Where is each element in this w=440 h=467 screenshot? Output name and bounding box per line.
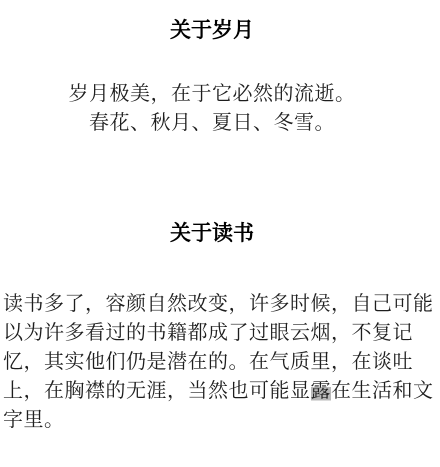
reading-paragraph: 读书多了，容颜自然改变，许多时候，自己可能 以为许多看过的书籍都成了过眼云烟，不…	[0, 290, 439, 435]
reading-paragraph-line: 读书多了，容颜自然改变，许多时候，自己可能	[3, 290, 439, 319]
section-title-reading: 关于读书	[0, 219, 424, 249]
years-paragraph-line: 岁月极美，在于它必然的流逝。	[0, 80, 424, 109]
reading-line4-after: 在生活和文	[331, 380, 434, 402]
years-paragraph-line: 春花、秋月、夏日、冬雪。	[0, 109, 424, 138]
reading-paragraph-line: 上，在胸襟的无涯，当然也可能显露在生活和文	[3, 377, 439, 406]
section-title-years: 关于岁月	[0, 0, 424, 46]
highlighted-character: 露	[311, 380, 332, 402]
reading-paragraph-line: 字里。	[3, 406, 439, 435]
reading-paragraph-line: 以为许多看过的书籍都成了过眼云烟，不复记	[3, 319, 439, 348]
reading-line4-before: 上，在胸襟的无涯，当然也可能显	[3, 380, 311, 402]
reading-paragraph-line: 忆，其实他们仍是潜在的。在气质里，在谈吐	[3, 348, 439, 377]
years-paragraph: 岁月极美，在于它必然的流逝。 春花、秋月、夏日、冬雪。	[0, 80, 424, 138]
text-card: 关于岁月 岁月极美，在于它必然的流逝。 春花、秋月、夏日、冬雪。 关于读书 读书…	[0, 0, 440, 467]
